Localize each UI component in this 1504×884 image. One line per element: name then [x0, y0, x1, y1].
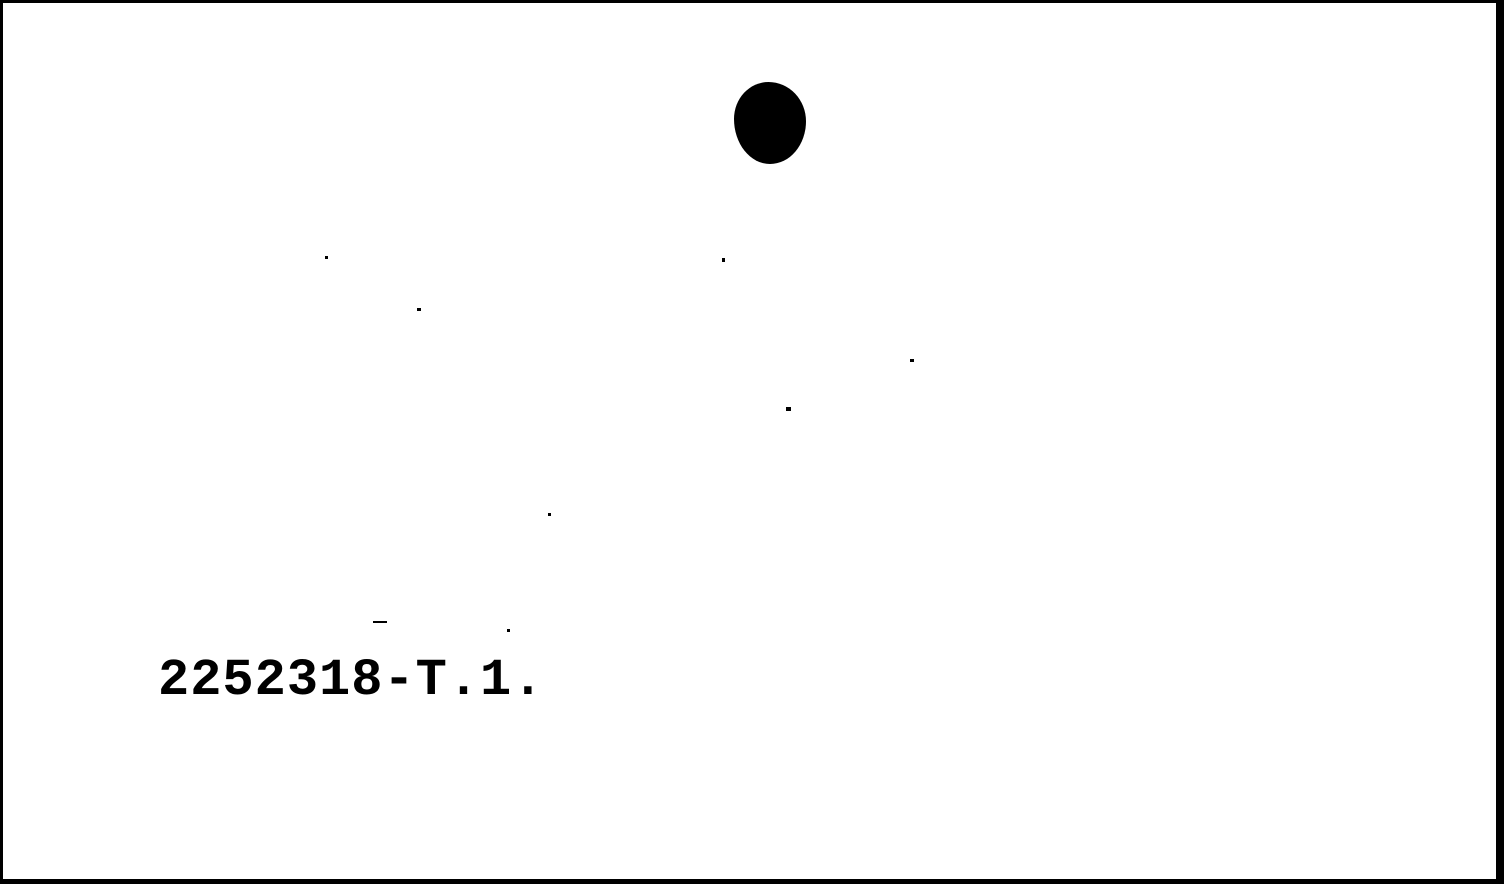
index-card: 2252318-T.1.	[3, 3, 1496, 879]
speck	[507, 629, 510, 632]
punch-hole	[734, 82, 806, 164]
speck	[910, 359, 914, 362]
speck	[325, 256, 328, 259]
speck	[722, 258, 725, 262]
speck	[548, 513, 551, 516]
speck	[373, 621, 387, 623]
speck	[417, 308, 421, 311]
speck	[786, 407, 791, 411]
card-identifier: 2252318-T.1.	[158, 655, 544, 707]
